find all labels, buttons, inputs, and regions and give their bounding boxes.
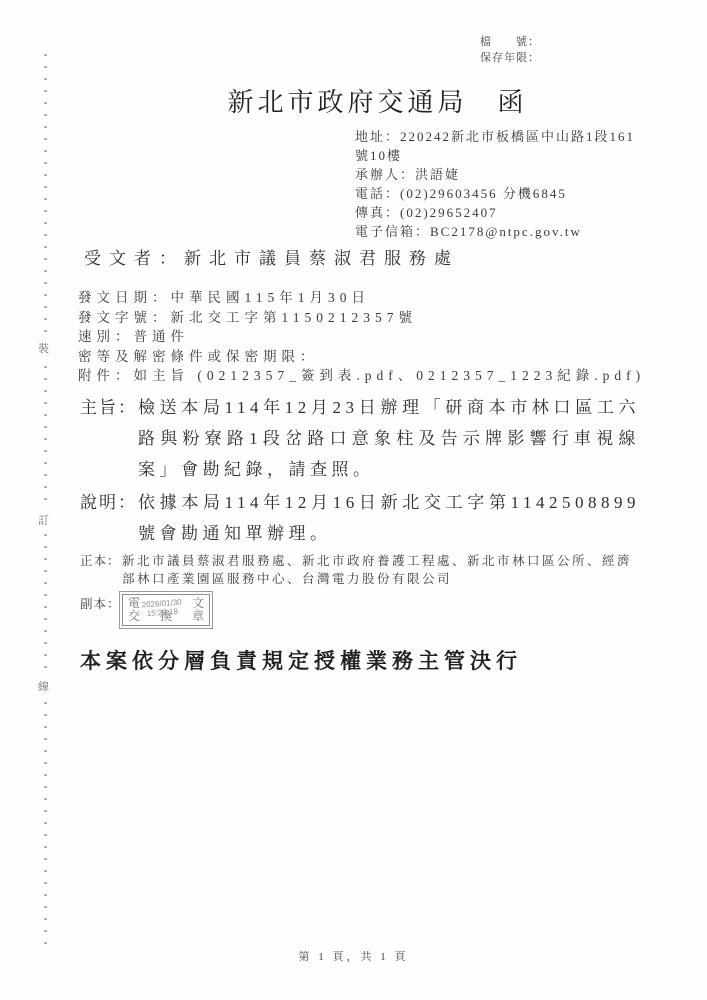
sender-fax: 傳真：(02)29652407 — [355, 203, 635, 222]
electronic-exchange-stamp: 電 文 交 換 章 2026/01/30 15:23:18 — [122, 594, 210, 626]
page-number-footer: 第 1 頁，共 1 頁 — [0, 948, 707, 964]
sender-email: 電子信箱：BC2178@ntpc.gov.tw — [355, 222, 635, 241]
description-label: 說明： — [80, 487, 138, 518]
doc-number-line: 發文字號：新北交工字第1150212357號 — [78, 308, 645, 328]
attachment-line: 附件：如主旨 (0212357_簽到表.pdf、0212357_1223紀錄.p… — [78, 366, 645, 386]
binding-dotted-line — [44, 54, 47, 952]
original-recipients-label: 正本： — [80, 553, 122, 571]
retention-period-label: 保存年限： — [480, 50, 540, 66]
original-recipients-row: 正本： 新北市議員蔡淑君服務處、新北市政府養護工程處、新北市林口區公所、經濟部林… — [80, 553, 636, 588]
binding-mark-zhuang: 裝 — [38, 338, 49, 358]
binding-mark-xian: 線 — [38, 676, 49, 696]
binding-mark-ding: 訂 — [38, 510, 49, 530]
sender-address-line-1: 地址：220242新北市板橋區中山路1段161 — [355, 127, 635, 146]
file-number-block: 檔 號： 保存年限： — [480, 34, 540, 66]
copy-recipients-label: 副本： — [80, 594, 122, 612]
issue-date-line: 發文日期：中華民國115年1月30日 — [78, 288, 645, 308]
recipient-line: 受文者：新北市議員蔡淑君服務處 — [84, 244, 459, 269]
security-class-line: 密等及解密條件或保密期限： — [78, 347, 645, 367]
description-paragraph: 說明： 依據本局114年12月16日新北交工字第1142508899號會勘通知單… — [80, 487, 640, 549]
file-number-label: 檔 號： — [480, 34, 540, 50]
copy-recipients-row: 副本： 電 文 交 換 章 2026/01/30 15:23:18 — [80, 594, 210, 626]
sender-phone: 電話：(02)29603456 分機6845 — [355, 184, 635, 203]
meta-block: 發文日期：中華民國115年1月30日 發文字號：新北交工字第1150212357… — [78, 288, 645, 386]
sender-contact-person: 承辦人：洪語婕 — [355, 165, 635, 184]
sender-info-block: 地址：220242新北市板橋區中山路1段161 號10樓 承辦人：洪語婕 電話：… — [355, 127, 635, 241]
document-page: 裝 訂 線 檔 號： 保存年限： 新北市政府交通局 函 地址：220242新北市… — [0, 0, 707, 1000]
speed-class-line: 速別：普通件 — [78, 327, 645, 347]
subject-label: 主旨： — [80, 392, 138, 423]
original-recipients-text: 新北市議員蔡淑君服務處、新北市政府養護工程處、新北市林口區公所、經濟部林口產業園… — [122, 553, 636, 588]
subject-text: 檢送本局114年12月23日辦理「研商本市林口區工六路與粉寮路1段岔路口意象柱及… — [138, 392, 640, 485]
document-title: 新北市政府交通局 函 — [48, 82, 707, 119]
subject-paragraph: 主旨： 檢送本局114年12月23日辦理「研商本市林口區工六路與粉寮路1段岔路口… — [80, 392, 640, 485]
description-text: 依據本局114年12月16日新北交工字第1142508899號會勘通知單辦理。 — [138, 487, 640, 549]
delegation-decision-line: 本案依分層負責規定授權業務主管決行 — [80, 645, 522, 675]
sender-address-line-2: 號10樓 — [355, 146, 635, 165]
